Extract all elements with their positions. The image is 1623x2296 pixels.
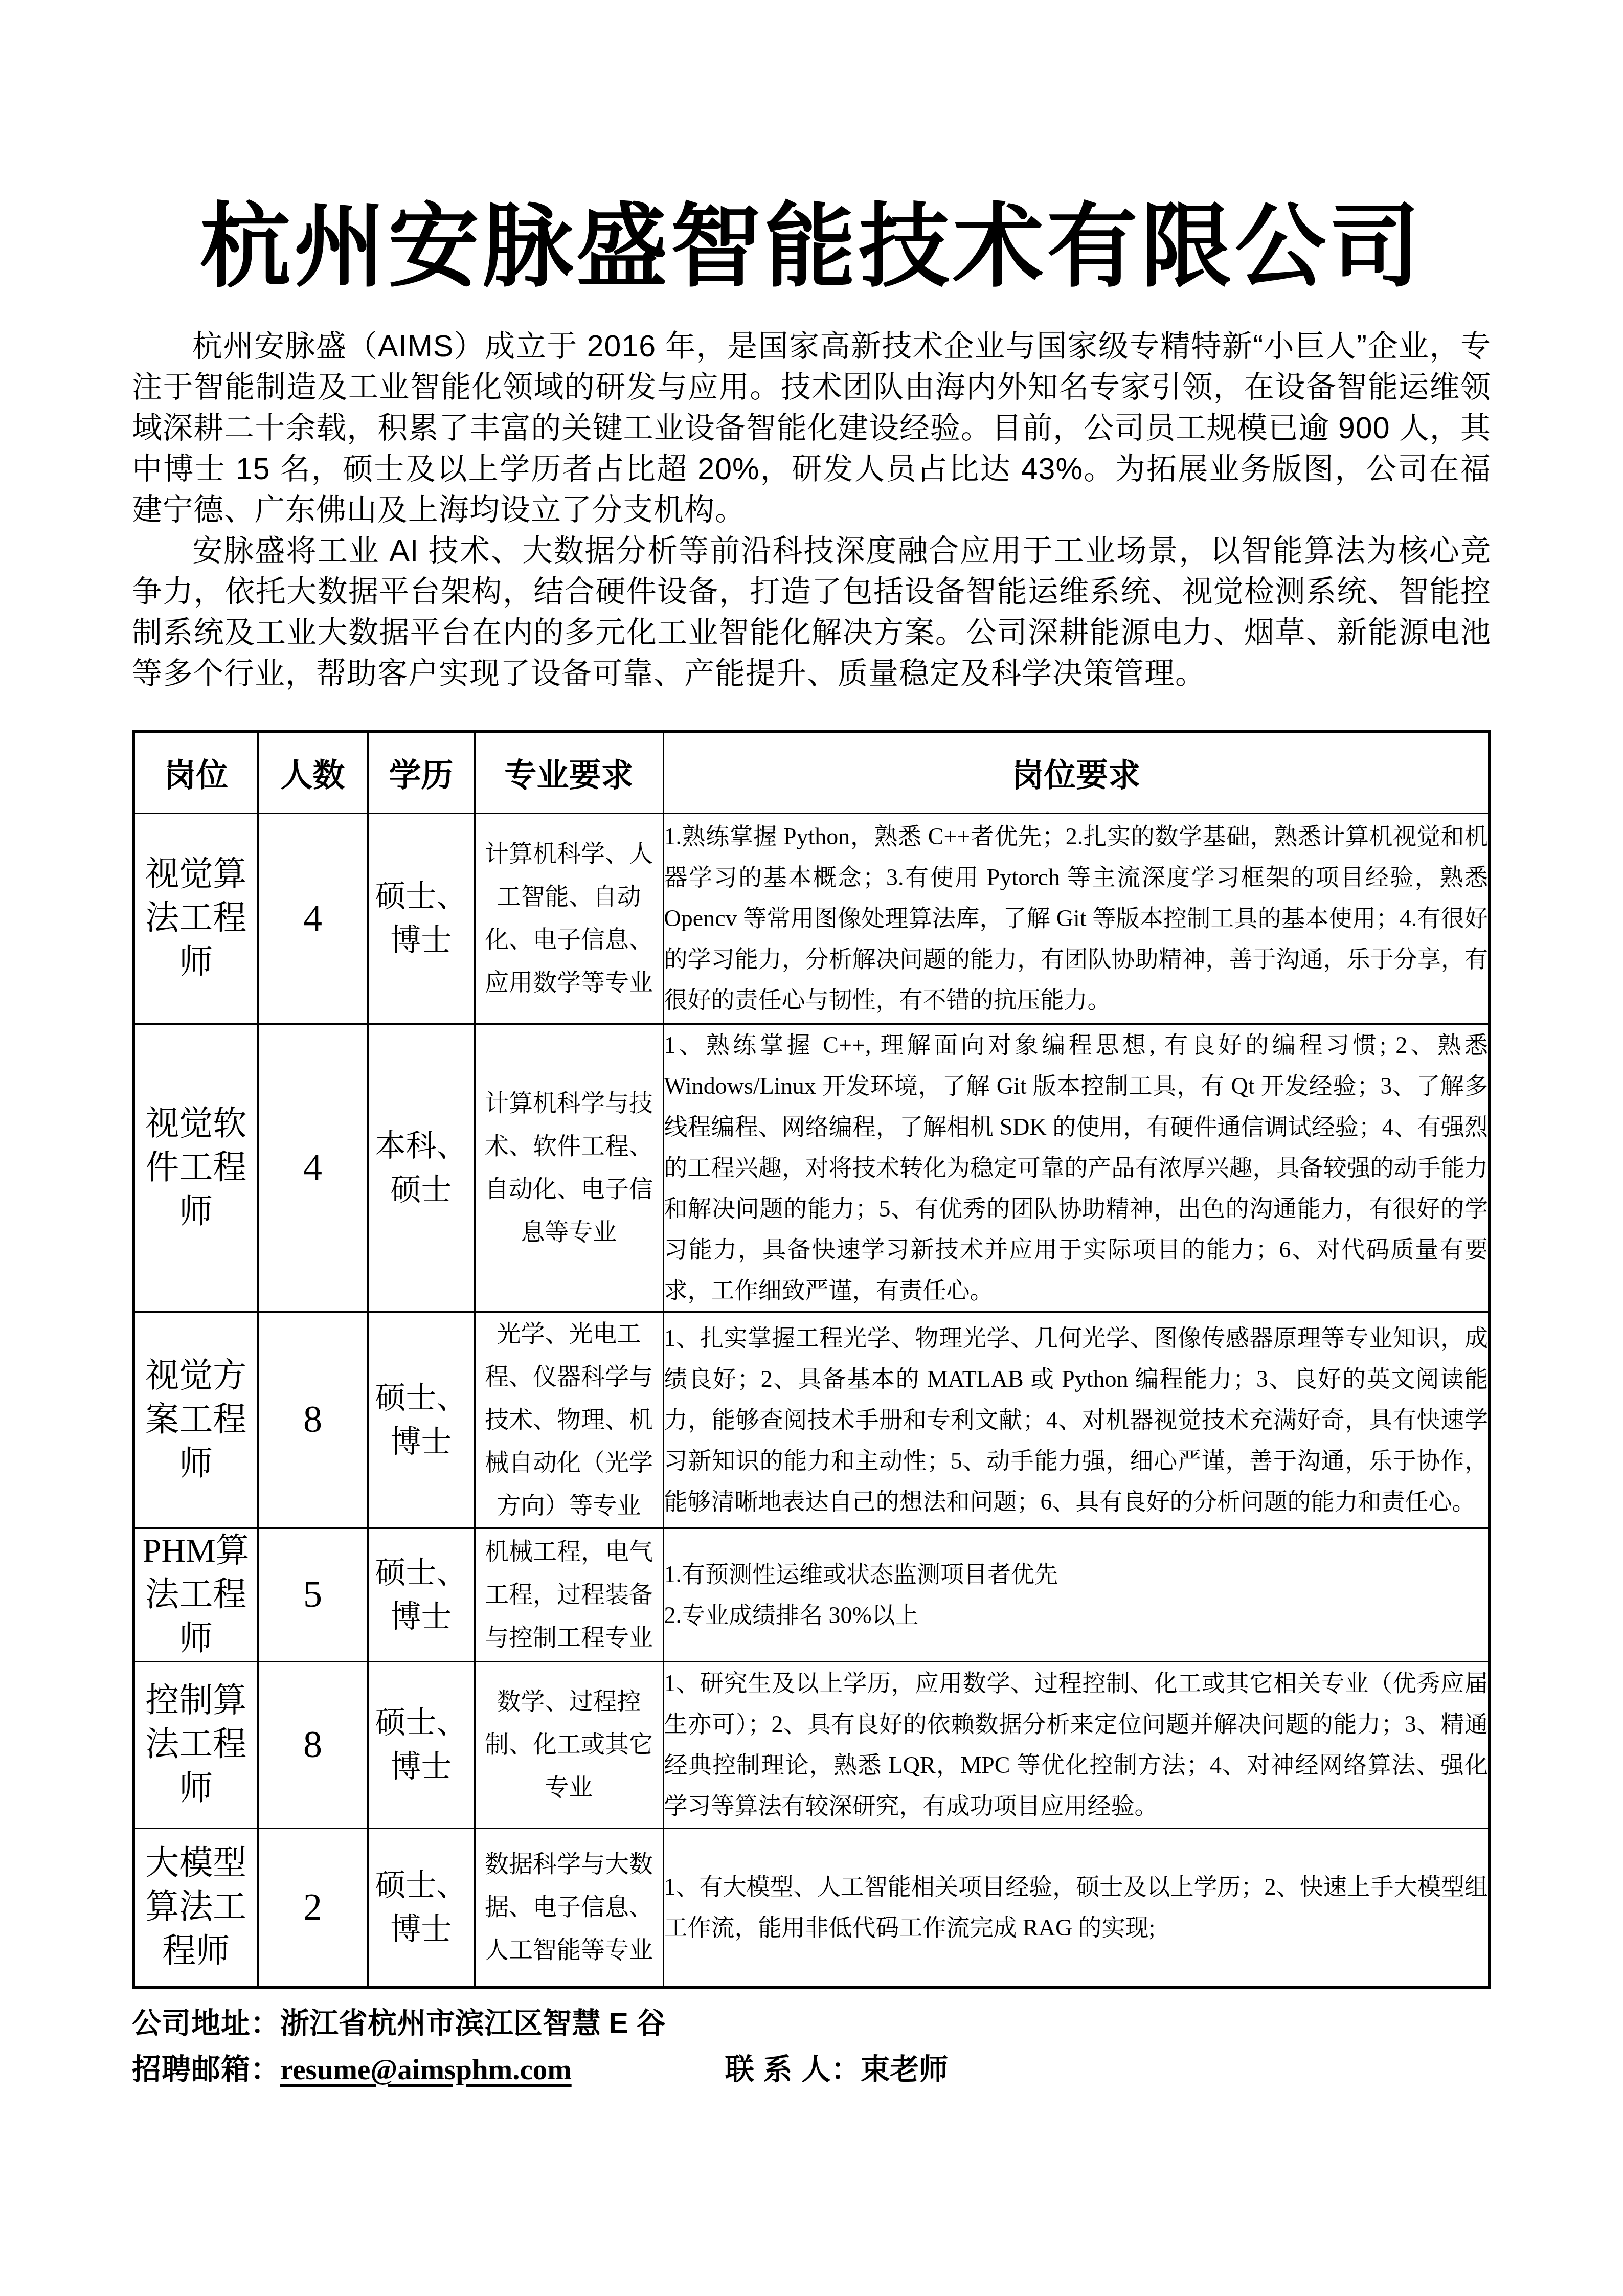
document-page: 杭州安脉盛智能技术有限公司 杭州安脉盛（AIMS）成立于 2016 年，是国家高… xyxy=(0,194,1623,2093)
address-value: 浙江省杭州市滨江区智慧 E 谷 xyxy=(280,2007,666,2040)
headcount-cell: 2 xyxy=(258,1828,368,1988)
headcount-cell: 4 xyxy=(258,1024,368,1312)
table-row: 大模型算法工程师 2 硕士、博士 数据科学与大数据、电子信息、人工智能等专业 1… xyxy=(133,1828,1490,1988)
education-cell: 硕士、博士 xyxy=(368,1828,475,1988)
major-cell: 光学、光电工程、仪器科学与技术、物理、机械自动化（光学方向）等专业 xyxy=(475,1312,663,1528)
column-header-headcount: 人数 xyxy=(258,731,368,813)
jobs-table: 岗位 人数 学历 专业要求 岗位要求 视觉算法工程师 4 硕士、博士 计算机科学… xyxy=(132,730,1491,1989)
page-title: 杭州安脉盛智能技术有限公司 xyxy=(132,194,1491,299)
contact-label: 联 系 人： xyxy=(725,2053,861,2086)
position-cell: PHM算法工程师 xyxy=(133,1528,258,1661)
headcount-cell: 4 xyxy=(258,813,368,1024)
intro-paragraph-1: 杭州安脉盛（AIMS）成立于 2016 年，是国家高新技术企业与国家级专精特新“… xyxy=(132,326,1491,530)
major-cell: 数学、过程控制、化工或其它专业 xyxy=(475,1661,663,1828)
position-cell: 视觉方案工程师 xyxy=(133,1312,258,1528)
education-cell: 硕士、博士 xyxy=(368,1528,475,1661)
education-cell: 硕士、博士 xyxy=(368,1312,475,1528)
email-link[interactable]: resume@aimsphm.com xyxy=(280,2054,572,2086)
headcount-cell: 8 xyxy=(258,1312,368,1528)
email-contact-line: 招聘邮箱：resume@aimsphm.com联 系 人：束老师 xyxy=(132,2046,1491,2093)
headcount-cell: 8 xyxy=(258,1661,368,1828)
footer: 公司地址：浙江省杭州市滨江区智慧 E 谷 招聘邮箱：resume@aimsphm… xyxy=(132,2000,1491,2093)
position-cell: 大模型算法工程师 xyxy=(133,1828,258,1988)
table-row: 视觉算法工程师 4 硕士、博士 计算机科学、人工智能、自动化、电子信息、应用数学… xyxy=(133,813,1490,1024)
address-line: 公司地址：浙江省杭州市滨江区智慧 E 谷 xyxy=(132,2000,1491,2046)
table-header-row: 岗位 人数 学历 专业要求 岗位要求 xyxy=(133,731,1490,813)
requirements-cell: 1、扎实掌握工程光学、物理光学、几何光学、图像传感器原理等专业知识，成绩良好；2… xyxy=(663,1312,1490,1528)
intro-paragraph-2: 安脉盛将工业 AI 技术、大数据分析等前沿科技深度融合应用于工业场景，以智能算法… xyxy=(132,530,1491,694)
column-header-position: 岗位 xyxy=(133,731,258,813)
company-intro: 杭州安脉盛（AIMS）成立于 2016 年，是国家高新技术企业与国家级专精特新“… xyxy=(132,326,1491,694)
table-row: 控制算法工程师 8 硕士、博士 数学、过程控制、化工或其它专业 1、研究生及以上… xyxy=(133,1661,1490,1828)
column-header-education: 学历 xyxy=(368,731,475,813)
table-row: PHM算法工程师 5 硕士、博士 机械工程，电气工程，过程装备与控制工程专业 1… xyxy=(133,1528,1490,1661)
position-cell: 控制算法工程师 xyxy=(133,1661,258,1828)
column-header-requirements: 岗位要求 xyxy=(663,731,1490,813)
education-cell: 硕士、博士 xyxy=(368,813,475,1024)
education-cell: 硕士、博士 xyxy=(368,1661,475,1828)
position-cell: 视觉软件工程师 xyxy=(133,1024,258,1312)
address-label: 公司地址： xyxy=(132,2007,280,2040)
contact-value: 束老师 xyxy=(861,2053,948,2086)
column-header-major: 专业要求 xyxy=(475,731,663,813)
requirements-cell: 1.熟练掌握 Python，熟悉 C++者优先；2.扎实的数学基础，熟悉计算机视… xyxy=(663,813,1490,1024)
contact-group: 联 系 人：束老师 xyxy=(725,2053,949,2086)
email-label: 招聘邮箱： xyxy=(132,2053,280,2086)
headcount-cell: 5 xyxy=(258,1528,368,1661)
major-cell: 机械工程，电气工程，过程装备与控制工程专业 xyxy=(475,1528,663,1661)
requirements-cell: 1.有预测性运维或状态监测项目者优先 2.专业成绩排名 30%以上 xyxy=(663,1528,1490,1661)
requirements-cell: 1、有大模型、人工智能相关项目经验，硕士及以上学历；2、快速上手大模型组工作流，… xyxy=(663,1828,1490,1988)
major-cell: 计算机科学、人工智能、自动化、电子信息、应用数学等专业 xyxy=(475,813,663,1024)
requirements-cell: 1、熟练掌握 C++, 理解面向对象编程思想, 有良好的编程习惯; 2、熟悉 W… xyxy=(663,1024,1490,1312)
position-cell: 视觉算法工程师 xyxy=(133,813,258,1024)
major-cell: 数据科学与大数据、电子信息、人工智能等专业 xyxy=(475,1828,663,1988)
table-row: 视觉软件工程师 4 本科、硕士 计算机科学与技术、软件工程、自动化、电子信息等专… xyxy=(133,1024,1490,1312)
major-cell: 计算机科学与技术、软件工程、自动化、电子信息等专业 xyxy=(475,1024,663,1312)
table-row: 视觉方案工程师 8 硕士、博士 光学、光电工程、仪器科学与技术、物理、机械自动化… xyxy=(133,1312,1490,1528)
requirements-cell: 1、研究生及以上学历，应用数学、过程控制、化工或其它相关专业（优秀应届生亦可）；… xyxy=(663,1661,1490,1828)
education-cell: 本科、硕士 xyxy=(368,1024,475,1312)
